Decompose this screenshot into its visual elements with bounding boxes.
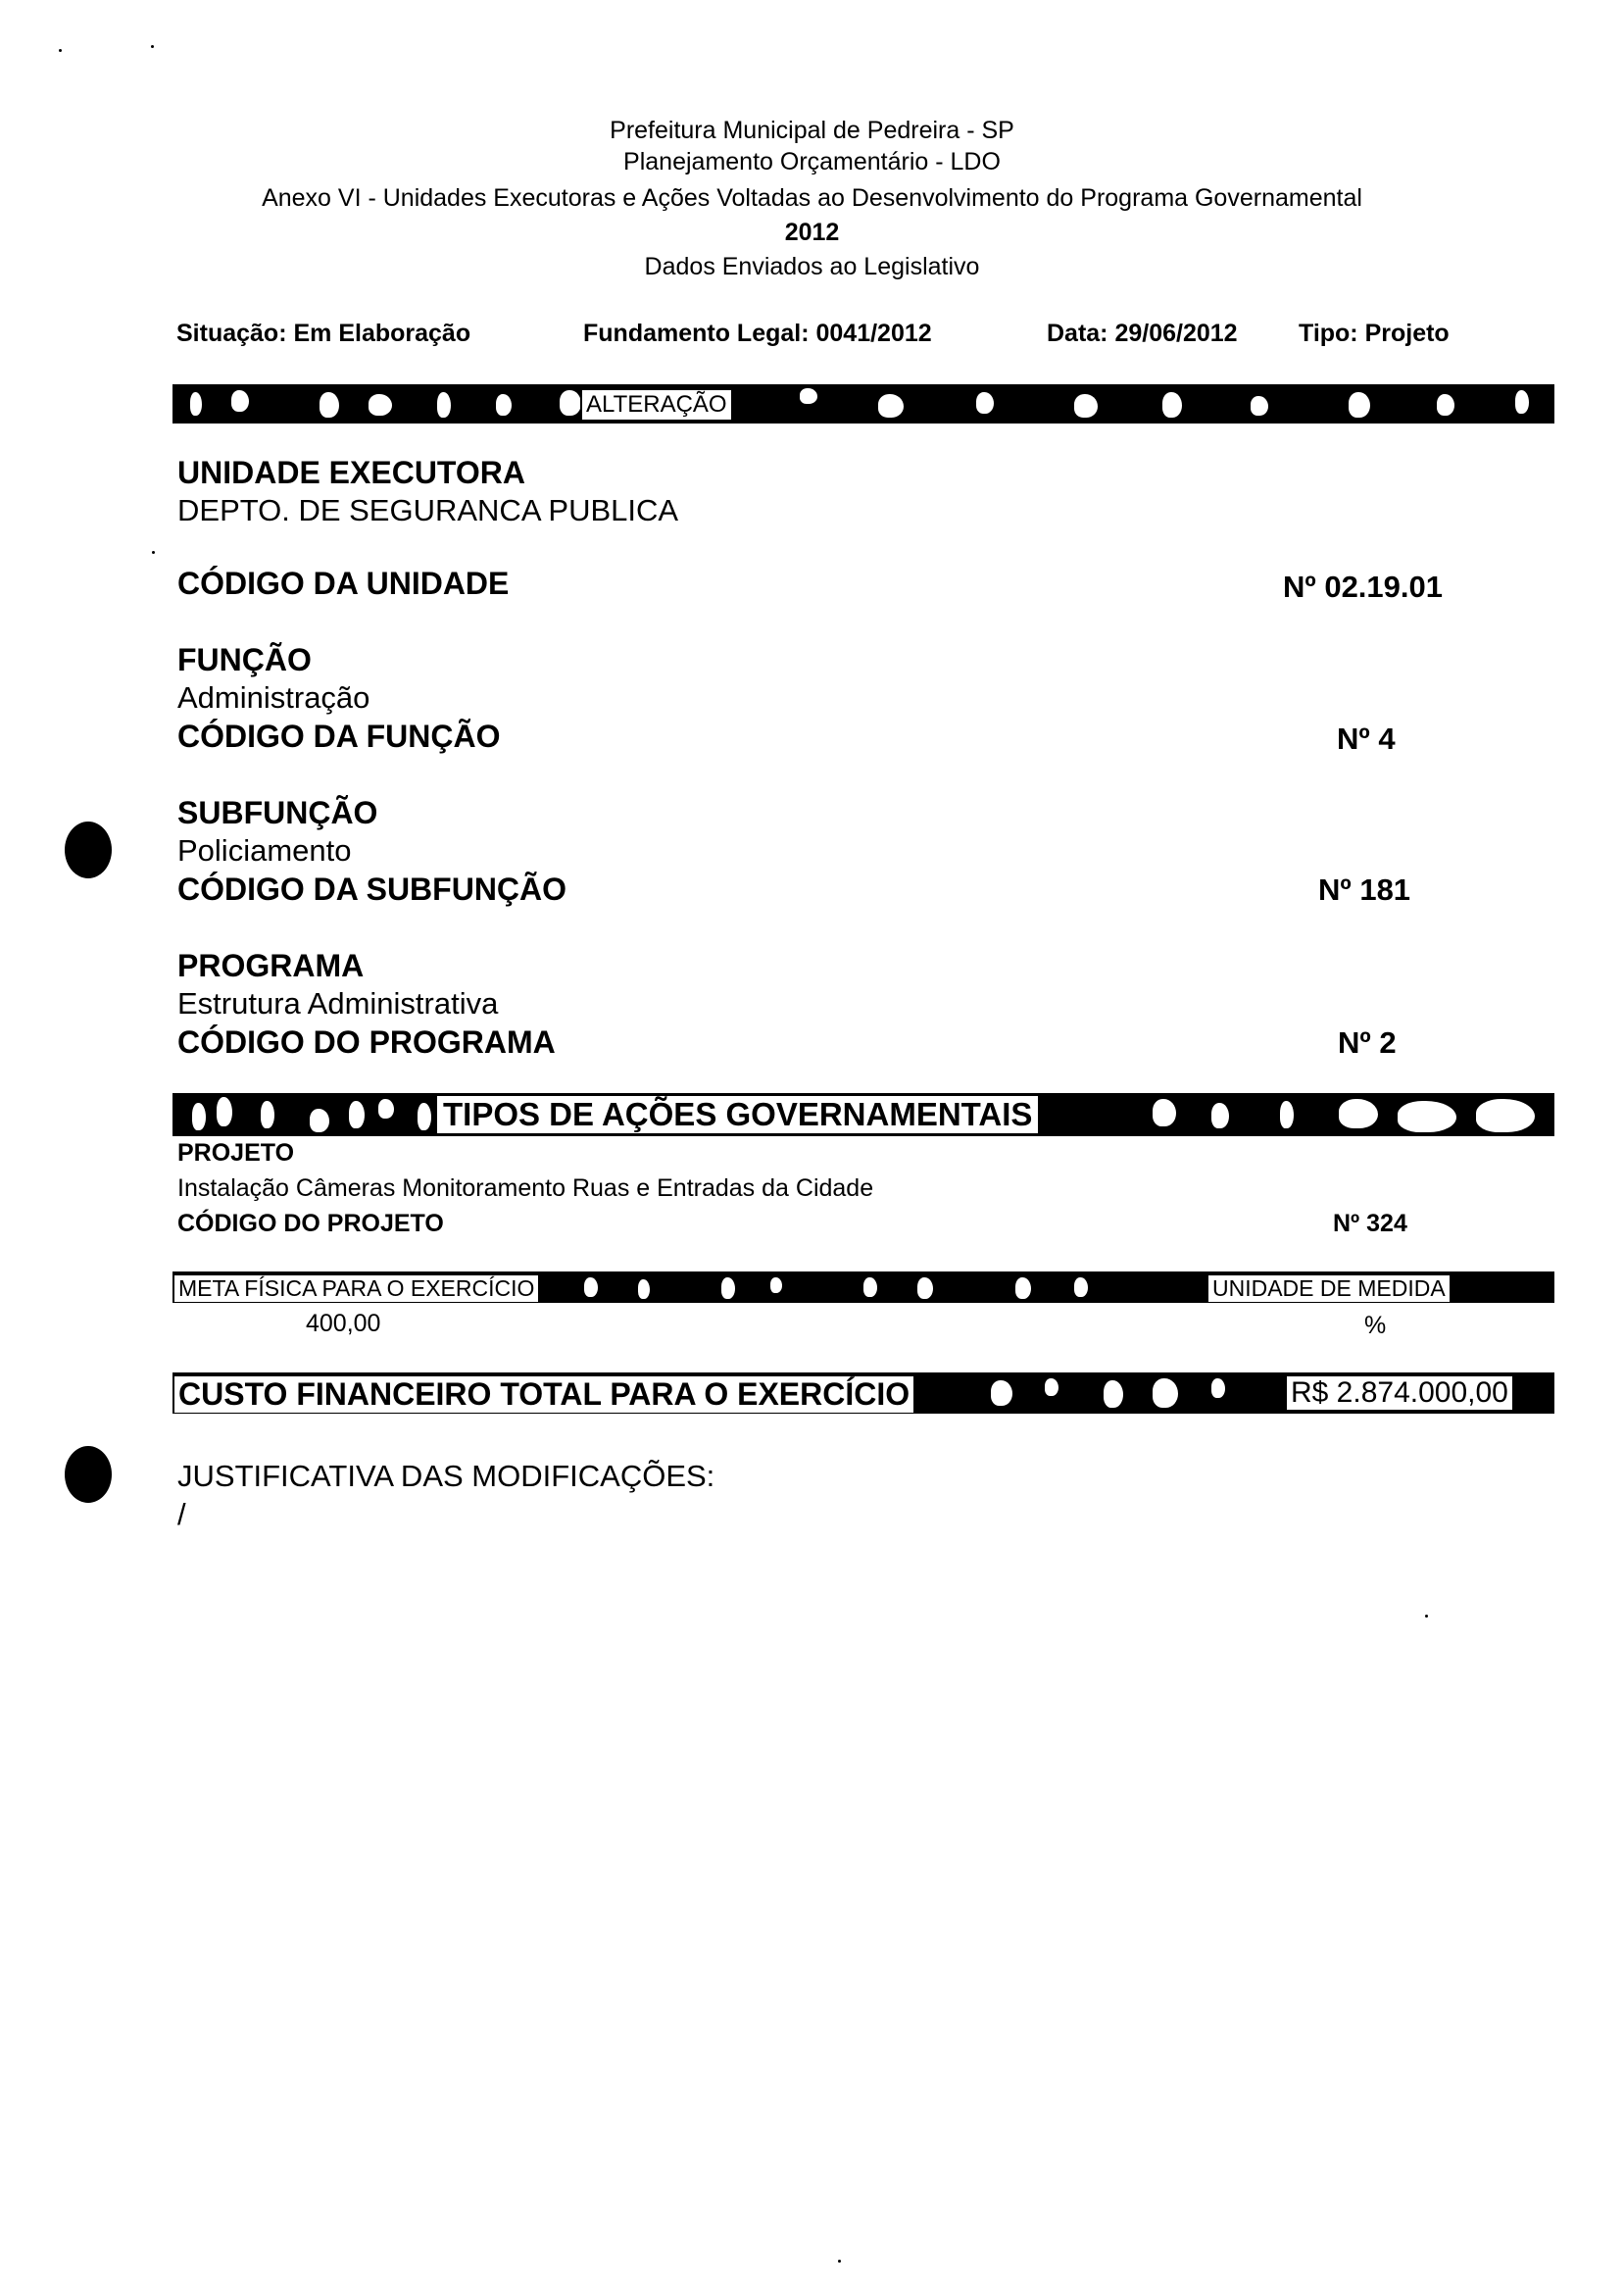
header-annex-title: Anexo VI - Unidades Executoras e Ações V… [0,183,1624,213]
unidade-medida-label: UNIDADE DE MEDIDA [1206,1273,1452,1303]
header-sent-to: Dados Enviados ao Legislativo [0,252,1624,281]
meta-fisica-value: 400,00 [306,1310,380,1338]
alteracao-label: ALTERAÇÃO [580,388,733,422]
programa-code-label: CÓDIGO DO PROGRAMA [177,1024,556,1060]
custo-financeiro-value: R$ 2.874.000,00 [1285,1374,1514,1412]
projeto-code-value: Nº 324 [1333,1210,1407,1238]
unidade-code-label: CÓDIGO DA UNIDADE [177,566,509,601]
funcao-code-value: Nº 4 [1337,722,1396,757]
scan-speck [151,45,154,48]
custo-financeiro-label: CUSTO FINANCEIRO TOTAL PARA O EXERCÍCIO [172,1374,915,1414]
scan-speck [1425,1615,1428,1618]
programa-value: Estrutura Administrativa [177,986,498,1022]
funcao-code-label: CÓDIGO DA FUNÇÃO [177,719,500,754]
unidade-value: DEPTO. DE SEGURANCA PUBLICA [177,493,678,528]
header-year: 2012 [0,218,1624,247]
justificativa-value: / [177,1497,186,1532]
scan-speck [59,49,62,52]
justificativa-label: JUSTIFICATIVA DAS MODIFICAÇÕES: [177,1459,714,1494]
programa-title: PROGRAMA [177,948,364,983]
punch-hole-top [65,822,112,878]
meta-fisica-label: META FÍSICA PARA O EXERCÍCIO [172,1273,540,1303]
meta-fisica-banner: META FÍSICA PARA O EXERCÍCIO UNIDADE DE … [172,1271,1554,1303]
funcao-value: Administração [177,680,369,716]
projeto-code-label: CÓDIGO DO PROJETO [177,1210,444,1238]
header-planning: Planejamento Orçamentário - LDO [0,147,1624,176]
unidade-code-value: Nº 02.19.01 [1283,570,1443,605]
data: Data: 29/06/2012 [1047,320,1238,348]
custo-financeiro-banner: CUSTO FINANCEIRO TOTAL PARA O EXERCÍCIO … [172,1372,1554,1414]
unidade-title: UNIDADE EXECUTORA [177,455,525,490]
tipos-acoes-banner: TIPOS DE AÇÕES GOVERNAMENTAIS [172,1093,1554,1136]
projeto-value: Instalação Câmeras Monitoramento Ruas e … [177,1174,873,1203]
alteracao-banner: ALTERAÇÃO [172,384,1554,424]
tipos-acoes-label: TIPOS DE AÇÕES GOVERNAMENTAIS [437,1096,1038,1133]
projeto-title: PROJETO [177,1139,294,1168]
subfuncao-code-value: Nº 181 [1318,872,1410,908]
header-municipality: Prefeitura Municipal de Pedreira - SP [0,116,1624,145]
funcao-title: FUNÇÃO [177,642,312,677]
programa-code-value: Nº 2 [1338,1025,1397,1061]
subfuncao-code-label: CÓDIGO DA SUBFUNÇÃO [177,872,566,907]
tipo: Tipo: Projeto [1299,320,1450,348]
situacao: Situação: Em Elaboração [176,320,470,348]
unidade-medida-value: % [1364,1312,1386,1340]
scan-speck [838,2260,841,2263]
fundamento-legal: Fundamento Legal: 0041/2012 [583,320,932,348]
subfuncao-title: SUBFUNÇÃO [177,795,377,830]
punch-hole-bottom [65,1446,112,1503]
scan-speck [152,551,155,554]
subfuncao-value: Policiamento [177,833,351,869]
